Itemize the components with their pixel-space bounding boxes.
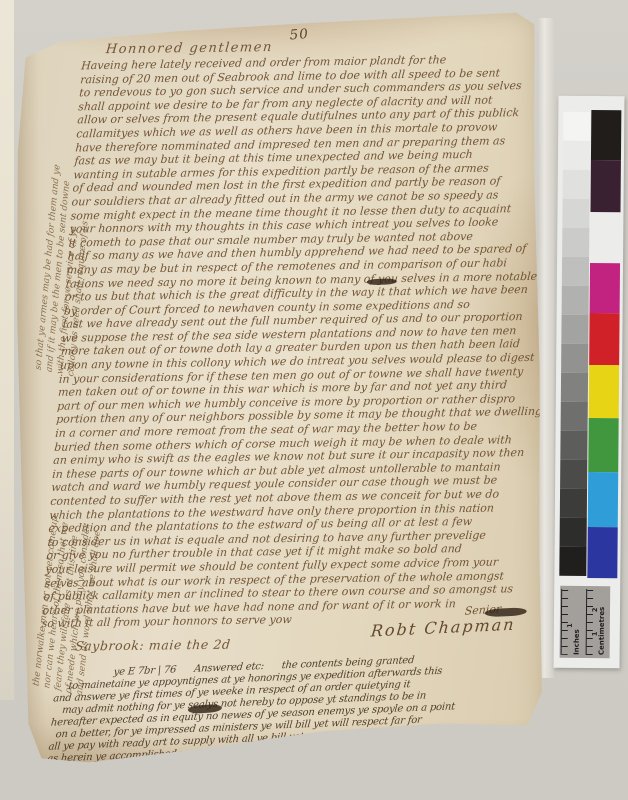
gray-step xyxy=(563,112,590,141)
ruler-inches-label: Inches xyxy=(573,629,581,655)
gray-step xyxy=(562,199,589,228)
ruler-scale: 1 Inches 1 2 Centimetres xyxy=(560,586,611,658)
gray-step xyxy=(560,518,587,547)
color-calibration-chart: 1 Inches 1 2 Centimetres xyxy=(554,96,625,669)
gray-step xyxy=(559,547,586,576)
gray-step xyxy=(562,228,589,257)
endorsement-line: them come home ye letter to be ye withal… xyxy=(44,758,531,769)
ruler-centimetres-label: Centimetres xyxy=(598,607,606,655)
gray-step xyxy=(563,170,590,199)
gray-step xyxy=(561,344,588,373)
dateline: Saybrook: maie the 2d xyxy=(74,637,231,654)
color-patch-magenta xyxy=(590,263,620,313)
backdrop-seam xyxy=(538,18,554,678)
letter-salutation: Honnored gentlemen xyxy=(105,40,273,57)
manuscript-paper: 50 Honnored gentlemen Haveing here latel… xyxy=(11,11,546,769)
folio-number: 50 xyxy=(289,26,309,44)
color-patch-cyan xyxy=(588,472,618,527)
color-patch-green xyxy=(588,418,618,472)
ruler-centimetres-row: 1 2 Centimetres xyxy=(585,586,611,658)
backdrop-left-page-edge xyxy=(0,0,14,700)
pencil-folio-number: 97 xyxy=(66,759,75,767)
endorsement-block: ye E 7br | 76 Answered etc: the contents… xyxy=(44,650,542,769)
ink-blot xyxy=(485,607,527,617)
color-patch-yellow xyxy=(589,365,619,418)
ruler-inches-row: 1 Inches xyxy=(560,586,586,658)
gray-step xyxy=(561,402,588,431)
gray-step xyxy=(560,460,587,489)
grayscale-wedge xyxy=(559,112,590,576)
ruler-rotated-content: 1 Inches 1 2 Centimetres xyxy=(560,586,611,658)
ruler-inch-mark: 1 xyxy=(566,623,574,628)
ruler-inch-ticks xyxy=(561,589,569,655)
gray-step xyxy=(563,141,590,170)
ruler-cm-ticks xyxy=(586,589,594,655)
gray-step xyxy=(560,431,587,460)
gray-step xyxy=(561,373,588,402)
color-patch-black xyxy=(591,110,621,160)
color-patch-red xyxy=(589,313,619,365)
gray-step xyxy=(560,489,587,518)
gray-step xyxy=(562,257,589,286)
letter-body: Haveing here lately received and order f… xyxy=(41,51,546,631)
color-patch-aubergine xyxy=(590,160,620,212)
photographed-manuscript-page: 50 Honnored gentlemen Haveing here latel… xyxy=(0,0,628,800)
gray-step xyxy=(561,315,588,344)
gray-step xyxy=(562,286,589,315)
color-patch-blue xyxy=(587,527,617,578)
color-patch-column xyxy=(587,110,621,578)
patch-gap xyxy=(590,212,620,263)
